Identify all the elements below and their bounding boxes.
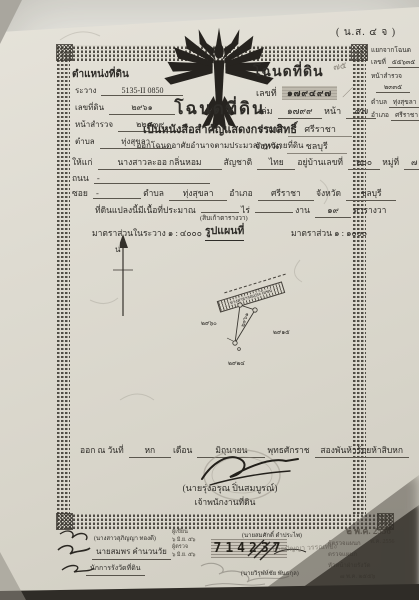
document-photo: ( น.ส. ๔ จ ) ตำแหน่งที่ดิน	[0, 0, 419, 600]
paper-texture-marks	[0, 0, 419, 600]
